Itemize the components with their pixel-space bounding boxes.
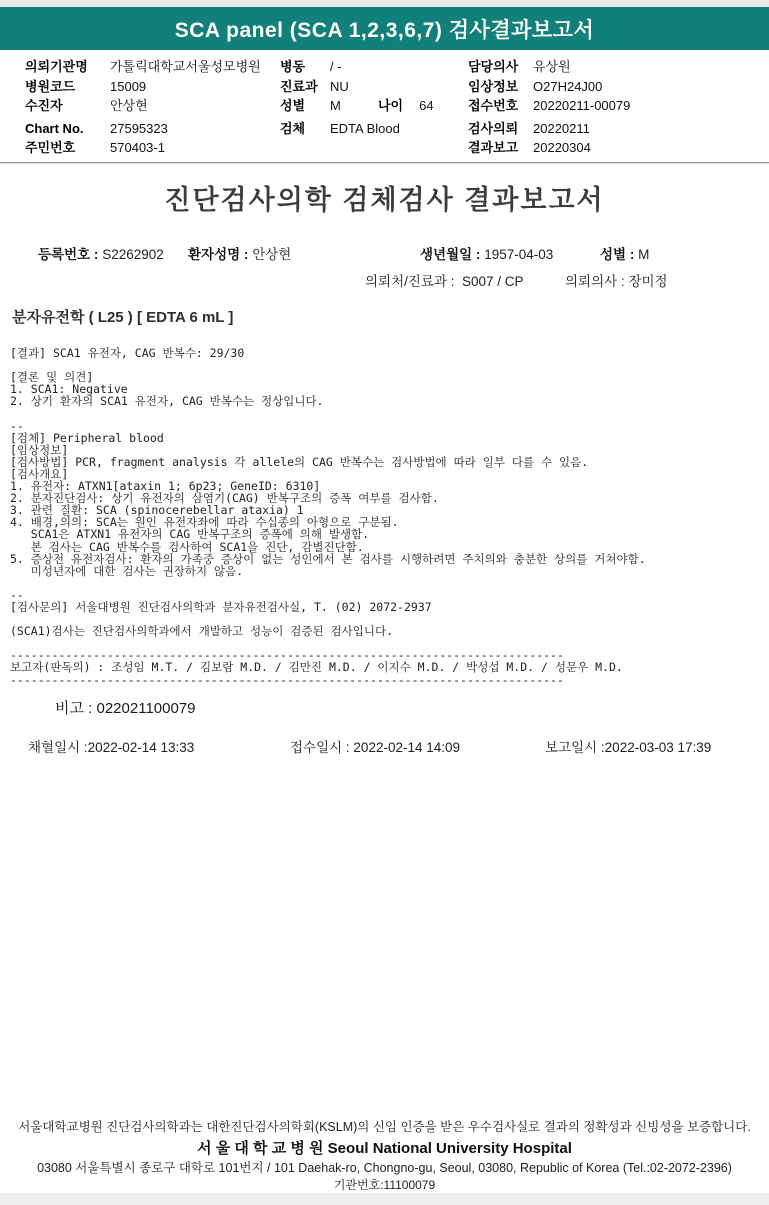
field-value: M [638, 247, 649, 262]
field-label: 검사의뢰 [468, 119, 533, 139]
field-value: O27H24J00 [533, 79, 602, 94]
header-field-row: 임상정보O27H24J00 [468, 77, 630, 97]
patient-dept: 의뢰처/진료과 : S007 / CP [365, 270, 524, 290]
field-value: 20220304 [533, 140, 591, 155]
field-label: 의뢰의사 : [565, 274, 625, 289]
header-field-row: 담당의사유상원 [468, 57, 630, 77]
field-label: 보고일시 : [545, 740, 605, 755]
field-label: 진료과 [280, 77, 330, 97]
field-label: 결과보고 [468, 138, 533, 158]
remark-label: 비고 : [55, 700, 92, 717]
field-label: 성별 [280, 96, 330, 116]
field-label: 임상정보 [468, 77, 533, 97]
header-field-row: 의뢰기관명가톨릭대학교서울성모병원 [25, 57, 261, 77]
field-value: 유상원 [533, 59, 571, 74]
field-label: 병동 [280, 57, 330, 77]
field-label: 검체 [280, 119, 330, 139]
patient-birthdate: 생년월일 : 1957-04-03 [420, 243, 553, 263]
header-info-middle: 병동/ - 진료과NU 성별M나이64 검체EDTA Blood [280, 57, 434, 138]
header-field-row: 검체EDTA Blood [280, 119, 434, 139]
header-field-row: 병원코드15009 [25, 77, 261, 97]
field-value: 15009 [110, 79, 146, 94]
field-label: 접수일시 : [290, 740, 353, 755]
header-info-left: 의뢰기관명가톨릭대학교서울성모병원 병원코드15009 수진자안상현 Chart… [25, 57, 261, 158]
field-value: 2022-02-14 13:33 [88, 740, 195, 755]
field-label: 등록번호 : [38, 247, 98, 262]
header-field-row: 검사의뢰20220211 [468, 119, 630, 139]
field-value: NU [330, 77, 376, 97]
patient-name: 환자성명 : 안상현 [188, 243, 291, 263]
header-field-row: 주민번호570403-1 [25, 138, 261, 158]
footer-hospital-name: 서 울 대 학 교 병 원 Seoul National University … [0, 1137, 769, 1158]
bottom-strip [0, 1193, 769, 1205]
field-label: 생년월일 : [420, 247, 480, 262]
receipt-datetime: 접수일시 : 2022-02-14 14:09 [290, 736, 460, 756]
lab-report-page: SCA panel (SCA 1,2,3,6,7) 검사결과보고서 의뢰기관명가… [0, 0, 769, 1205]
field-value: 2022-03-03 17:39 [605, 740, 712, 755]
header-field-row: 접수번호20220211-00079 [468, 96, 630, 116]
field-value: / - [330, 57, 376, 77]
field-value: 570403-1 [110, 140, 165, 155]
header-field-row: 병동/ - [280, 57, 434, 77]
section-divider [0, 162, 769, 164]
header-field-row: 진료과NU [280, 77, 434, 97]
field-label: 수진자 [25, 96, 110, 116]
field-value: 가톨릭대학교서울성모병원 [110, 59, 261, 74]
report-body-text: [결과] SCA1 유전자, CAG 반복수: 29/30 [결론 및 의견] … [10, 347, 765, 686]
report-datetime: 보고일시 :2022-03-03 17:39 [545, 736, 711, 756]
field-label: 병원코드 [25, 77, 110, 97]
remark-value: 022021100079 [97, 700, 196, 717]
patient-reg-no: 등록번호 : S2262902 [38, 243, 164, 263]
banner: SCA panel (SCA 1,2,3,6,7) 검사결과보고서 [0, 7, 769, 50]
field-value: 안상현 [252, 247, 291, 262]
age-value: 64 [419, 96, 433, 116]
patient-referring-doctor: 의뢰의사 : 장미정 [565, 270, 668, 290]
field-label: 성별 : [600, 247, 634, 262]
field-label: 주민번호 [25, 138, 110, 158]
section-title: 분자유전학 ( L25 ) [ EDTA 6 mL ] [12, 306, 233, 327]
field-label: 채혈일시 : [28, 740, 88, 755]
age-label: 나이 [378, 96, 403, 116]
header-field-row: 결과보고20220304 [468, 138, 630, 158]
header-field-row: 수진자안상현 [25, 96, 261, 116]
field-value: 장미정 [628, 274, 667, 289]
top-strip [0, 0, 769, 7]
field-value: 20220211-00079 [533, 98, 630, 113]
collection-datetime: 채혈일시 :2022-02-14 13:33 [28, 736, 194, 756]
field-label: 접수번호 [468, 96, 533, 116]
field-value: EDTA Blood [330, 119, 400, 139]
header-field-row: Chart No.27595323 [25, 119, 261, 139]
banner-title: SCA panel (SCA 1,2,3,6,7) 검사결과보고서 [175, 14, 595, 44]
patient-sex: 성별 : M [600, 243, 649, 263]
field-value: S007 / CP [462, 274, 524, 289]
field-label: 환자성명 : [188, 247, 248, 262]
field-value: S2262902 [102, 247, 164, 262]
field-label: 담당의사 [468, 57, 533, 77]
footer-accreditation: 서울대학교병원 진단검사의학과는 대한진단검사의학회(KSLM)의 신임 인증을… [0, 1117, 769, 1135]
report-title: 진단검사의학 검체검사 결과보고서 [0, 178, 769, 217]
field-label: 의뢰처/진료과 : [365, 274, 455, 289]
remark-row: 비고 : 022021100079 [55, 697, 196, 718]
footer-institution-number: 기관번호:11100079 [0, 1176, 769, 1193]
field-value: 1957-04-03 [484, 247, 553, 262]
field-label: Chart No. [25, 119, 110, 139]
field-value: 안상현 [110, 98, 148, 113]
field-value: 27595323 [110, 121, 168, 136]
field-value: M [330, 96, 376, 116]
footer-address: 03080 서울특별시 종로구 대학로 101번지 / 101 Daehak-r… [0, 1158, 769, 1176]
field-value: 20220211 [533, 121, 590, 136]
header-info-right: 담당의사유상원 임상정보O27H24J00 접수번호20220211-00079… [468, 57, 630, 158]
field-label: 의뢰기관명 [25, 57, 110, 77]
header-field-row: 성별M나이64 [280, 96, 434, 116]
field-value: 2022-02-14 14:09 [353, 740, 460, 755]
